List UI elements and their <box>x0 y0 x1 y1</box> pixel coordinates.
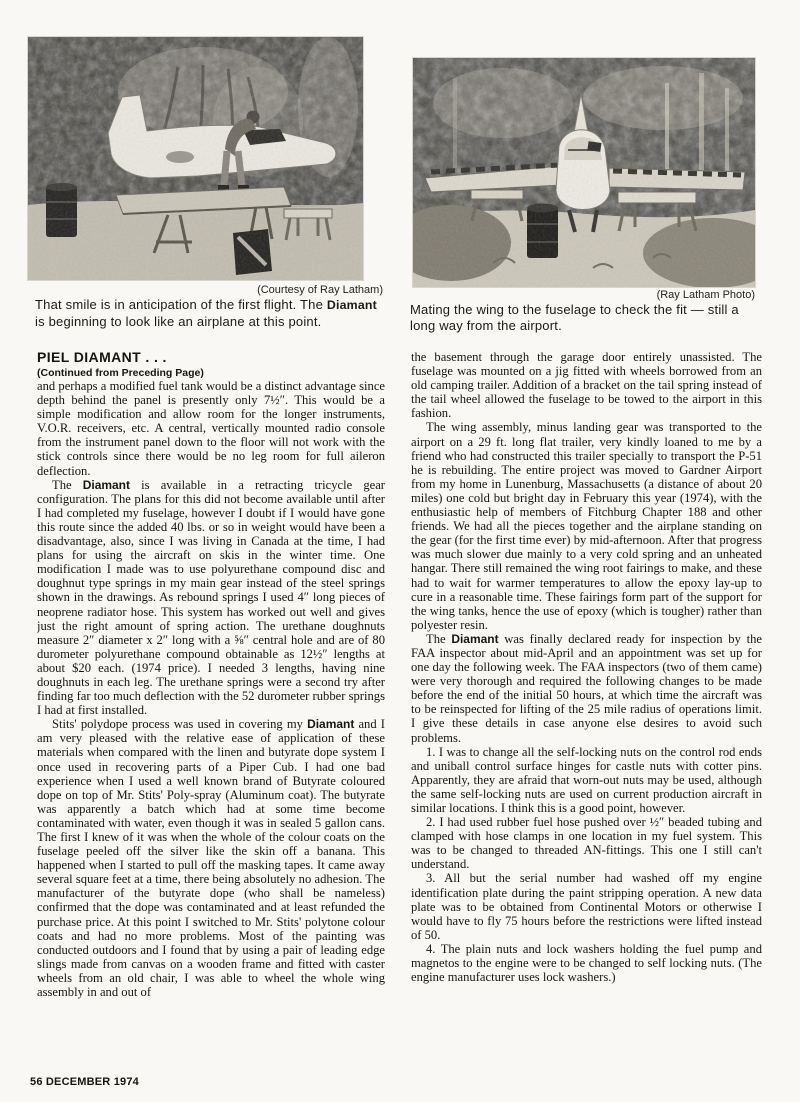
left-photo-image <box>28 37 363 280</box>
article-paragraph: the basement through the garage door ent… <box>411 350 762 420</box>
right-photo-wing-mating <box>413 58 755 287</box>
article-paragraph: The Diamant is available in a retracting… <box>37 478 385 718</box>
page-footer: 56 DECEMBER 1974 <box>30 1076 139 1089</box>
article-paragraph: Stits' polydope process was used in cove… <box>37 717 385 999</box>
right-photo-image <box>413 58 755 287</box>
left-photo-credit: (Courtesy of Ray Latham) <box>35 284 383 297</box>
left-photo-fuselage-work <box>28 37 363 280</box>
article-right-column: the basement through the garage door ent… <box>411 350 762 1080</box>
magazine-page: (Courtesy of Ray Latham) That smile is i… <box>0 0 800 1102</box>
right-photo-caption: Mating the wing to the fuselage to check… <box>410 302 762 334</box>
right-photo-credit: (Ray Latham Photo) <box>410 289 755 302</box>
article-left-column: PIEL DIAMANT . . . (Continued from Prece… <box>37 349 385 1075</box>
article-paragraph: The wing assembly, minus landing gear wa… <box>411 420 762 631</box>
article-paragraph: 1. I was to change all the self-locking … <box>411 745 762 815</box>
article-paragraph: 3. All but the serial number had washed … <box>411 871 762 941</box>
article-paragraph: The Diamant was finally declared ready f… <box>411 632 762 745</box>
left-photo-caption: That smile is in anticipation of the fir… <box>35 297 387 330</box>
article-paragraph: 2. I had used rubber fuel hose pushed ov… <box>411 815 762 871</box>
article-paragraph: 4. The plain nuts and lock washers holdi… <box>411 942 762 984</box>
article-title: PIEL DIAMANT . . . <box>37 349 385 365</box>
article-paragraph: and perhaps a modified fuel tank would b… <box>37 379 385 478</box>
continued-from-note: (Continued from Preceding Page) <box>37 367 385 379</box>
